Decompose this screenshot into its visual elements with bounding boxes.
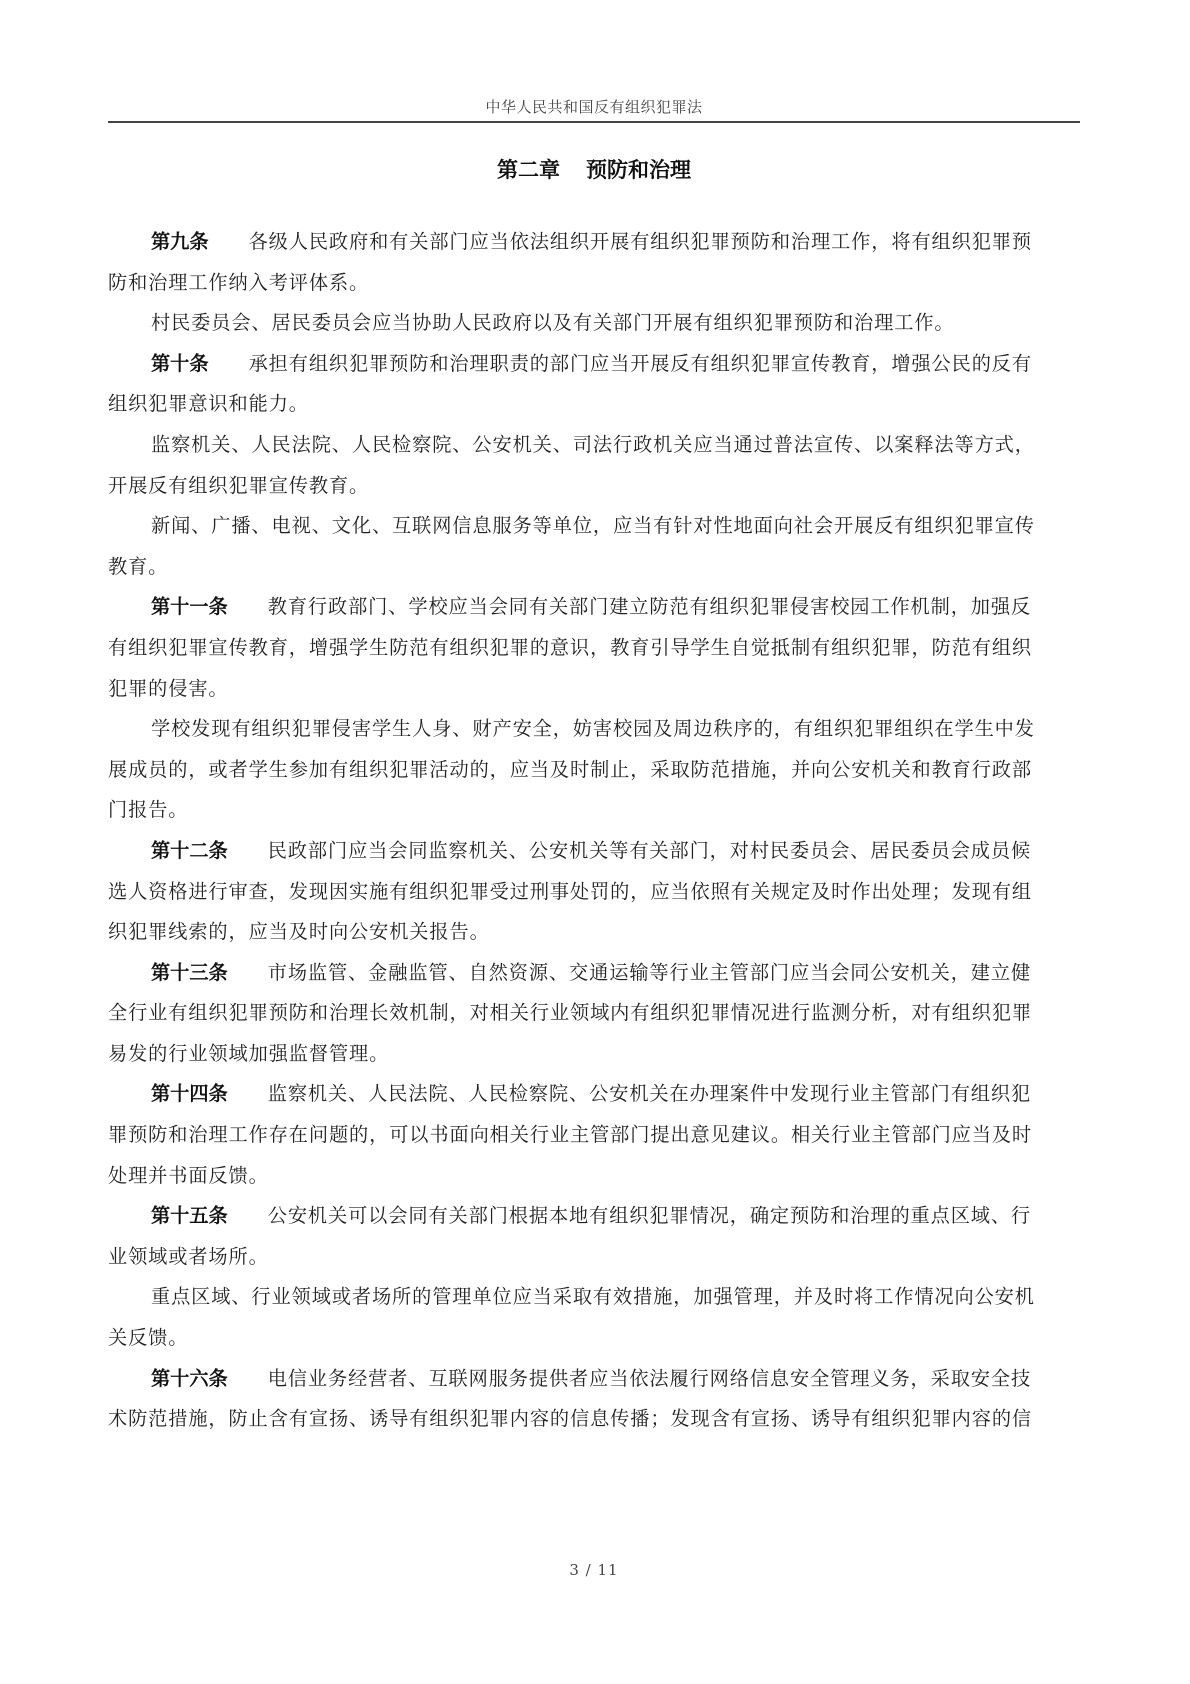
line-text: 村民委员会、居民委员会应当协助人民政府以及有关部门开展有组织犯罪预防和治理工作。 [151, 311, 955, 334]
line-text: 监察机关、人民法院、人民检察院、公安机关、司法行政机关应当通过普法宣传、以案释法… [151, 433, 1035, 456]
line-text: 处理并书面反馈。 [108, 1164, 269, 1187]
article-label: 第九条 [151, 230, 209, 253]
paragraph-line: 防和治理工作纳入考评体系。 [108, 263, 1080, 304]
paragraph-line: 术防范措施，防止含有宣扬、诱导有组织犯罪内容的信息传播；发现含有宣扬、诱导有组织… [108, 1399, 1080, 1440]
article-label: 第十五条 [151, 1204, 228, 1227]
document-body: 第九条各级人民政府和有关部门应当依法组织开展有组织犯罪预防和治理工作，将有组织犯… [108, 222, 1080, 1440]
article-first-line: 第十条承担有组织犯罪预防和治理职责的部门应当开展反有组织犯罪宣传教育，增强公民的… [108, 344, 1080, 385]
article-label: 第十条 [151, 352, 209, 375]
line-text: 教育行政部门、学校应当会同有关部门建立防范有组织犯罪侵害校园工作机制，加强反 [268, 595, 1031, 618]
paragraph-line: 罪预防和治理工作存在问题的，可以书面向相关行业主管部门提出意见建议。相关行业主管… [108, 1115, 1080, 1156]
line-text: 各级人民政府和有关部门应当依法组织开展有组织犯罪预防和治理工作，将有组织犯罪预 [249, 230, 1032, 253]
line-text: 学校发现有组织犯罪侵害学生人身、财产安全，妨害校园及周边秩序的，有组织犯罪组织在… [151, 717, 1035, 740]
article-first-line: 第十五条公安机关可以会同有关部门根据本地有组织犯罪情况，确定预防和治理的重点区域… [108, 1196, 1080, 1237]
header-divider [108, 121, 1080, 123]
article-first-line: 第十一条教育行政部门、学校应当会同有关部门建立防范有组织犯罪侵害校园工作机制，加… [108, 587, 1080, 628]
paragraph-line: 展成员的，或者学生参加有组织犯罪活动的，应当及时制止，采取防范措施，并向公安机关… [108, 750, 1080, 791]
line-text: 教育。 [108, 555, 168, 578]
line-text: 犯罪的侵害。 [108, 677, 229, 700]
article-first-line: 第十三条市场监管、金融监管、自然资源、交通运输等行业主管部门应当会同公安机关，建… [108, 953, 1080, 994]
line-text: 承担有组织犯罪预防和治理职责的部门应当开展反有组织犯罪宣传教育，增强公民的反有 [249, 352, 1032, 375]
line-text: 公安机关可以会同有关部门根据本地有组织犯罪情况，确定预防和治理的重点区域、行 [268, 1204, 1031, 1227]
line-text: 有组织犯罪宣传教育，增强学生防范有组织犯罪的意识，教育引导学生自觉抵制有组织犯罪… [108, 636, 1032, 659]
line-text: 全行业有组织犯罪预防和治理长效机制，对相关行业领域内有组织犯罪情况进行监测分析，… [108, 1001, 1032, 1024]
chapter-title: 预防和治理 [586, 158, 691, 182]
paragraph-line: 组织犯罪意识和能力。 [108, 384, 1080, 425]
line-text: 易发的行业领域加强监督管理。 [108, 1042, 389, 1065]
paragraph-line: 业领域或者场所。 [108, 1237, 1080, 1278]
paragraph-line: 全行业有组织犯罪预防和治理长效机制，对相关行业领域内有组织犯罪情况进行监测分析，… [108, 993, 1080, 1034]
page-number: 3 / 11 [108, 1561, 1080, 1579]
chapter-number: 第二章 [497, 158, 560, 182]
line-text: 防和治理工作纳入考评体系。 [108, 271, 369, 294]
paragraph-line: 重点区域、行业领域或者场所的管理单位应当采取有效措施，加强管理，并及时将工作情况… [108, 1277, 1080, 1318]
paragraph-line: 关反馈。 [108, 1318, 1080, 1359]
line-text: 开展反有组织犯罪宣传教育。 [108, 474, 369, 497]
paragraph-line: 犯罪的侵害。 [108, 669, 1080, 710]
line-text: 业领域或者场所。 [108, 1245, 269, 1268]
line-text: 民政部门应当会同监察机关、公安机关等有关部门，对村民委员会、居民委员会成员候 [268, 839, 1031, 862]
article-label: 第十三条 [151, 961, 228, 984]
article-label: 第十一条 [151, 595, 228, 618]
chapter-heading: 第二章预防和治理 [108, 154, 1080, 184]
article-first-line: 第十四条监察机关、人民法院、人民检察院、公安机关在办理案件中发现行业主管部门有组… [108, 1074, 1080, 1115]
line-text: 罪预防和治理工作存在问题的，可以书面向相关行业主管部门提出意见建议。相关行业主管… [108, 1123, 1032, 1146]
article-label: 第十四条 [151, 1082, 228, 1105]
line-text: 术防范措施，防止含有宣扬、诱导有组织犯罪内容的信息传播；发现含有宣扬、诱导有组织… [108, 1407, 1032, 1430]
paragraph-line: 选人资格进行审查，发现因实施有组织犯罪受过刑事处罚的，应当依照有关规定及时作出处… [108, 872, 1080, 913]
article-first-line: 第九条各级人民政府和有关部门应当依法组织开展有组织犯罪预防和治理工作，将有组织犯… [108, 222, 1080, 263]
paragraph-line: 开展反有组织犯罪宣传教育。 [108, 466, 1080, 507]
article-label: 第十六条 [151, 1367, 228, 1390]
line-text: 关反馈。 [108, 1326, 188, 1349]
line-text: 新闻、广播、电视、文化、互联网信息服务等单位，应当有针对性地面向社会开展反有组织… [151, 514, 1035, 537]
paragraph-line: 处理并书面反馈。 [108, 1156, 1080, 1197]
line-text: 重点区域、行业领域或者场所的管理单位应当采取有效措施，加强管理，并及时将工作情况… [151, 1285, 1035, 1308]
running-header: 中华人民共和国反有组织犯罪法 [108, 96, 1080, 117]
article-label: 第十二条 [151, 839, 228, 862]
paragraph-line: 易发的行业领域加强监督管理。 [108, 1034, 1080, 1075]
paragraph-line: 学校发现有组织犯罪侵害学生人身、财产安全，妨害校园及周边秩序的，有组织犯罪组织在… [108, 709, 1080, 750]
paragraph-line: 门报告。 [108, 790, 1080, 831]
line-text: 展成员的，或者学生参加有组织犯罪活动的，应当及时制止，采取防范措施，并向公安机关… [108, 758, 1032, 781]
paragraph-line: 新闻、广播、电视、文化、互联网信息服务等单位，应当有针对性地面向社会开展反有组织… [108, 506, 1080, 547]
article-first-line: 第十六条电信业务经营者、互联网服务提供者应当依法履行网络信息安全管理义务，采取安… [108, 1359, 1080, 1400]
line-text: 市场监管、金融监管、自然资源、交通运输等行业主管部门应当会同公安机关，建立健 [268, 961, 1031, 984]
paragraph-line: 监察机关、人民法院、人民检察院、公安机关、司法行政机关应当通过普法宣传、以案释法… [108, 425, 1080, 466]
paragraph-line: 教育。 [108, 547, 1080, 588]
line-text: 选人资格进行审查，发现因实施有组织犯罪受过刑事处罚的，应当依照有关规定及时作出处… [108, 880, 1032, 903]
paragraph-line: 村民委员会、居民委员会应当协助人民政府以及有关部门开展有组织犯罪预防和治理工作。 [108, 303, 1080, 344]
line-text: 门报告。 [108, 798, 188, 821]
paragraph-line: 有组织犯罪宣传教育，增强学生防范有组织犯罪的意识，教育引导学生自觉抵制有组织犯罪… [108, 628, 1080, 669]
line-text: 电信业务经营者、互联网服务提供者应当依法履行网络信息安全管理义务，采取安全技 [268, 1367, 1031, 1390]
line-text: 织犯罪线索的，应当及时向公安机关报告。 [108, 920, 490, 943]
line-text: 监察机关、人民法院、人民检察院、公安机关在办理案件中发现行业主管部门有组织犯 [268, 1082, 1031, 1105]
line-text: 组织犯罪意识和能力。 [108, 392, 309, 415]
paragraph-line: 织犯罪线索的，应当及时向公安机关报告。 [108, 912, 1080, 953]
article-first-line: 第十二条民政部门应当会同监察机关、公安机关等有关部门，对村民委员会、居民委员会成… [108, 831, 1080, 872]
